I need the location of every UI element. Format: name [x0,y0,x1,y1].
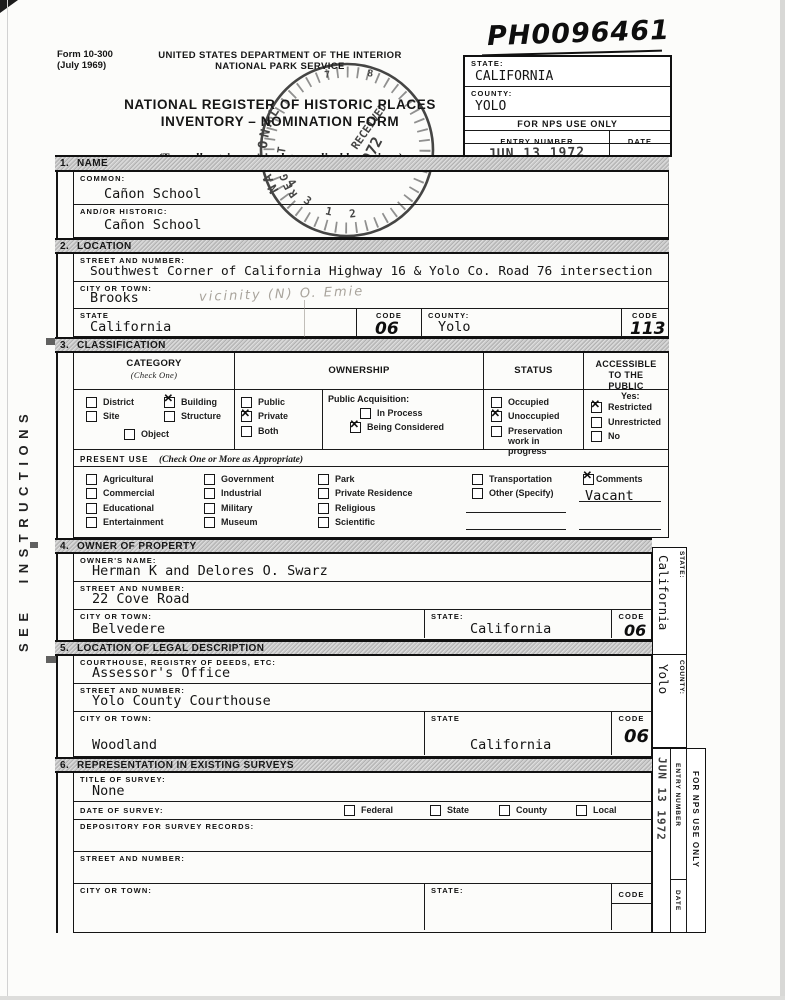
yes-label: Yes: [621,391,668,401]
checkbox-label: Private Residence [335,488,413,498]
checkbox-label: State [447,805,469,815]
county-cell: COUNTY: Yolo [421,309,621,337]
legal-city-label: CITY OR TOWN: [80,714,152,723]
checkbox-park: Park [318,474,413,485]
state-value: California [90,319,171,335]
nps-use-box: STATE: CALIFORNIA COUNTY: YOLO FOR NPS U… [463,55,672,157]
nps-county-value: YOLO [475,99,506,114]
checkbox-icon [360,408,371,419]
county-code-value: 113 [630,319,666,339]
margin-labels-col: ENTRY NUMBER DATE [671,749,687,932]
legal-code-cell: CODE 06 [611,712,651,755]
blank-line [466,529,566,530]
courthouse-row: COURTHOUSE, REGISTRY OF DEEDS, ETC: Asse… [74,656,651,684]
margin-entry-label: ENTRY NUMBER [674,763,681,827]
checkbox-both: Both [241,426,322,437]
checkbox-military: Military [204,503,274,514]
owner-code-cell: CODE 06 [611,610,651,638]
classification-table-body: District Site Building Structure Object … [74,390,668,450]
checkbox-county-survey: County [499,805,547,816]
checkbox-religious: Religious [318,503,413,514]
checkbox-icon [491,411,502,422]
nps-entry-date-labels: ENTRY NUMBER DATE [465,131,670,144]
nps-state-row: STATE: CALIFORNIA [465,57,670,87]
ownership-title: OWNERSHIP [328,365,389,376]
checkbox-icon [318,503,329,514]
binder-mark [30,542,38,548]
checkbox-icon [576,805,587,816]
checkbox-being-considered: Being Considered [350,422,483,433]
checkbox-label: Industrial [221,488,262,498]
legal-state-label: STATE [431,714,460,723]
section-5-title: LOCATION OF LEGAL DESCRIPTION [77,643,264,654]
checkbox-structure: Structure [164,411,221,422]
public-acquisition-label: Public Acquisition: [328,394,483,404]
checkbox-label: Site [103,411,120,421]
depository-label: DEPOSITORY FOR SURVEY RECORDS: [80,822,254,831]
blank-line [579,529,661,530]
checkbox-label: Building [181,397,217,407]
survey-title-value: None [92,783,125,799]
checkbox-government: Government [204,474,274,485]
checkbox-label: Religious [335,503,376,513]
checkbox-icon [86,517,97,528]
scan-edge-right [780,0,785,1000]
category-body-cell: District Site Building Structure Object [74,390,234,449]
section-2-title: LOCATION [77,241,132,252]
survey-city-row: CITY OR TOWN: STATE: CODE [74,884,651,930]
section-4-title: OWNER OF PROPERTY [77,541,197,552]
checkbox-entertainment: Entertainment [86,517,164,528]
margin-county-strip: COUNTY: Yolo [652,655,687,748]
section-3-header: 3. CLASSIFICATION [55,337,669,353]
scan-edge-bottom [0,996,785,1000]
checkbox-icon [472,488,483,499]
owner-city-value: Belvedere [92,621,165,637]
checkbox-label: Government [221,474,274,484]
checkbox-other: Other (Specify) [472,488,554,499]
blank-line [579,501,661,502]
county-code-cell: CODE 113 [621,309,668,337]
survey-street-row: STREET AND NUMBER: [74,852,651,884]
margin-state-label: STATE: [678,551,685,578]
section-5-box: COURTHOUSE, REGISTRY OF DEEDS, ETC: Asse… [73,656,652,757]
owner-code-value: 06 [624,621,646,640]
checkbox-label: Object [141,429,169,439]
checkbox-unrestricted: Unrestricted [591,417,668,428]
owner-street-value: 22 Cove Road [92,591,190,607]
checkbox-icon [430,805,441,816]
survey-street-label: STREET AND NUMBER: [80,854,185,863]
checkbox-icon [164,411,175,422]
status-body-cell: Occupied Unoccupied Preservation work in… [483,390,583,449]
legal-city-cell: CITY OR TOWN: Woodland [74,712,424,755]
section-6-box: TITLE OF SURVEY: None DATE OF SURVEY: Fe… [73,773,652,933]
checkbox-label: Federal [361,805,393,815]
checkbox-label: Unrestricted [608,417,661,427]
accessible-header-cell: ACCESSIBLE TO THE PUBLIC [583,353,668,389]
state-cell: STATE California [74,309,356,337]
checkbox-icon [86,397,97,408]
survey-title-row: TITLE OF SURVEY: None [74,773,651,802]
checkbox-label: Park [335,474,355,484]
section-5-number: 5. [60,643,77,654]
checkbox-label: Agricultural [103,474,154,484]
checkbox-label: No [608,431,620,441]
checkbox-icon [86,411,97,422]
checkbox-icon [499,805,510,816]
section-2-number: 2. [60,241,77,252]
owner-city-cell: CITY OR TOWN: Belvedere [74,610,424,638]
city-pencil-note: vicinity (N) O. Emie [199,284,365,305]
checkbox-icon [124,429,135,440]
checkbox-public: Public [241,397,322,408]
checkbox-icon [591,431,602,442]
margin-nps-box: JUN 13 1972 ENTRY NUMBER DATE FOR NPS US… [652,748,706,933]
owner-name-value: Herman K and Delores O. Swarz [92,563,328,579]
legal-state-cell: STATE California [424,712,611,755]
section-4-number: 4. [60,541,77,552]
checkbox-icon [241,411,252,422]
section-2-box: STREET AND NUMBER: Southwest Corner of C… [73,254,669,337]
checkbox-icon [350,422,361,433]
checkbox-icon [241,397,252,408]
checkbox-restricted: Restricted [591,402,668,413]
survey-code-cell: CODE [611,884,651,930]
section-6-number: 6. [60,760,77,771]
legal-code-label: CODE [618,714,644,723]
legal-street-value: Yolo County Courthouse [92,693,271,709]
checkbox-district: District [86,397,148,408]
owner-code-label: CODE [618,612,644,621]
margin-entry-value: JUN 13 1972 [654,757,668,841]
checkbox-scientific: Scientific [318,517,413,528]
checkbox-label: Scientific [335,517,375,527]
state-code-value: 06 [375,319,399,339]
owner-city-label: CITY OR TOWN: [80,612,152,621]
checkbox-no: No [591,431,668,442]
checkbox-label: Other (Specify) [489,488,554,498]
section-4-box: OWNER'S NAME: Herman K and Delores O. Sw… [73,554,652,640]
section-2-header: 2. LOCATION [55,238,669,254]
checkbox-occupied: Occupied [491,397,583,408]
status-title: STATUS [514,365,552,376]
section-4-header: 4. OWNER OF PROPERTY [55,538,652,554]
present-use-label: PRESENT USE [80,455,149,464]
checkbox-icon [204,503,215,514]
owner-state-label: STATE: [431,612,464,621]
common-name-value: Cañon School [104,186,202,202]
checkbox-icon [591,417,602,428]
checkbox-private-residence: Private Residence [318,488,413,499]
checkbox-icon [204,474,215,485]
checkbox-state-survey: State [430,805,469,816]
checkbox-icon [241,426,252,437]
checkbox-label: Private [258,411,288,421]
owner-state-value: California [470,621,551,637]
section-6-header: 6. REPRESENTATION IN EXISTING SURVEYS [55,757,652,773]
section-3-box: CATEGORY (Check One) OWNERSHIP STATUS AC… [73,353,669,538]
margin-county-label: COUNTY: [678,660,685,695]
margin-county-value: Yolo [656,664,671,694]
checkbox-label: Military [221,503,253,513]
street-row: STREET AND NUMBER: Southwest Corner of C… [74,254,668,282]
checkbox-icon [86,474,97,485]
owner-state-cell: STATE: California [424,610,611,638]
county-value: Yolo [438,319,471,335]
survey-code-label: CODE [618,890,644,899]
checkbox-museum: Museum [204,517,274,528]
checkbox-icon [204,488,215,499]
ownership-header-cell: OWNERSHIP [234,353,483,389]
checkbox-icon [86,503,97,514]
nps-state-value: CALIFORNIA [475,69,553,84]
checkbox-label: Local [593,805,617,815]
margin-state-strip: STATE: California [652,547,687,655]
date-label-cell: DATE [609,131,670,143]
margin-nps-only-label: FOR NPS USE ONLY [691,771,700,868]
stamp-rim-digit: 7 [324,69,331,81]
checkbox-in-process: In Process [360,408,483,419]
checkbox-private: Private [241,411,322,422]
nps-county-label: COUNTY: [471,89,512,98]
state-county-row: STATE California CODE 06 COUNTY: Yolo CO… [74,309,668,337]
checkbox-label: Entertainment [103,517,164,527]
section-5-header: 5. LOCATION OF LEGAL DESCRIPTION [55,640,652,656]
legal-state-value: California [470,737,551,753]
owner-name-row: OWNER'S NAME: Herman K and Delores O. Sw… [74,554,651,582]
checkbox-icon [591,402,602,413]
checkbox-label: Public [258,397,285,407]
checkbox-icon [86,488,97,499]
checkbox-icon [318,517,329,528]
section-1-box: COMMON: Cañon School AND/OR HISTORIC: Ca… [73,172,669,238]
legal-code-value: 06 [624,726,649,747]
checkbox-icon [318,474,329,485]
nps-only-banner: FOR NPS USE ONLY [465,117,670,131]
common-name-row: COMMON: Cañon School [74,172,668,205]
stamp-rim-digit: 8 [367,68,374,80]
section-3-number: 3. [60,340,77,351]
city-value: Brooks [90,290,139,306]
present-use-sublabel: (Check One or More as Appropriate) [159,455,303,465]
checkbox-industrial: Industrial [204,488,274,499]
courthouse-value: Assessor's Office [92,665,230,681]
state-code-cell: CODE 06 [356,309,421,337]
legal-city-row: CITY OR TOWN: Woodland STATE California … [74,712,651,755]
accessible-body-cell: Yes: Restricted Unrestricted No [583,390,668,449]
checkbox-federal: Federal [344,805,393,816]
section-1-header: 1. NAME [55,155,669,172]
nps-county-row: COUNTY: YOLO [465,87,670,117]
checkbox-icon [318,488,329,499]
checkbox-local-survey: Local [576,805,617,816]
checkbox-label: District [103,397,134,407]
margin-nps-only-col: FOR NPS USE ONLY [687,749,705,932]
checkbox-agricultural: Agricultural [86,474,164,485]
survey-city-cell: CITY OR TOWN: [74,884,424,930]
survey-date-row: DATE OF SURVEY: Federal State County Loc… [74,802,651,820]
checkbox-icon [164,397,175,408]
street-value: Southwest Corner of California Highway 1… [90,264,652,279]
checkbox-transportation: Transportation [472,474,554,485]
checkbox-label: Both [258,426,279,436]
nps-state-label: STATE: [471,59,504,68]
checkbox-label: Commercial [103,488,155,498]
survey-state-label: STATE: [431,886,464,895]
historic-name-value: Cañon School [104,217,202,233]
blank-line [466,512,566,513]
checkbox-label: Being Considered [367,422,444,432]
binder-mark [46,656,56,663]
section-6-title: REPRESENTATION IN EXISTING SURVEYS [77,760,294,771]
margin-state-value: California [656,555,671,630]
section-3-title: CLASSIFICATION [77,340,166,351]
legal-city-value: Woodland [92,737,157,753]
section-1-title: NAME [77,158,108,169]
legal-street-row: STREET AND NUMBER: Yolo County Courthous… [74,684,651,712]
status-header-cell: STATUS [483,353,583,389]
classification-table-header: CATEGORY (Check One) OWNERSHIP STATUS AC… [74,353,668,390]
checkbox-label: Unoccupied [508,411,560,421]
present-use-header: PRESENT USE (Check One or More as Approp… [74,450,668,467]
checkbox-icon [491,397,502,408]
scan-corner-artifact [0,0,18,13]
scanned-form-page: Form 10-300 (July 1969) UNITED STATES DE… [0,0,785,1000]
margin-entry-value-col: JUN 13 1972 [653,749,671,932]
category-title: CATEGORY [74,358,234,369]
owner-city-row: CITY OR TOWN: Belvedere STATE: Californi… [74,610,651,638]
present-use-body: Agricultural Commercial Educational Ente… [74,467,668,536]
handwritten-id: PH0096461 [487,15,671,52]
checkbox-site: Site [86,411,148,422]
entry-number-label-cell: ENTRY NUMBER [465,131,609,143]
checkbox-label: Educational [103,503,154,513]
ownership-body-cell: Public Private Both Public Acquisition: … [234,390,483,449]
owner-street-row: STREET AND NUMBER: 22 Cove Road [74,582,651,610]
historic-name-row: AND/OR HISTORIC: Cañon School [74,205,668,235]
common-name-label: COMMON: [80,174,125,183]
depository-row: DEPOSITORY FOR SURVEY RECORDS: [74,820,651,852]
category-subtitle: (Check One) [74,370,234,380]
checkbox-label: Restricted [608,402,652,412]
checkbox-icon [344,805,355,816]
checkbox-label: Structure [181,411,221,421]
checkbox-object: Object [124,429,234,440]
checkbox-icon [491,426,502,437]
accessible-title: ACCESSIBLE TO THE PUBLIC [590,359,662,392]
scan-edge-left [7,0,8,1000]
section-1-number: 1. [60,158,77,169]
checkbox-icon [472,474,483,485]
survey-city-label: CITY OR TOWN: [80,886,152,895]
historic-name-label: AND/OR HISTORIC: [80,207,167,216]
category-header-cell: CATEGORY (Check One) [74,353,234,389]
checkbox-building: Building [164,397,221,408]
checkbox-icon [204,517,215,528]
checkbox-unoccupied: Unoccupied [491,411,583,422]
checkbox-label: Transportation [489,474,552,484]
see-instructions-label: SEE INSTRUCTIONS [16,352,31,652]
survey-state-cell: STATE: [424,884,611,930]
checkbox-educational: Educational [86,503,164,514]
margin-date-label: DATE [674,890,681,911]
survey-date-label: DATE OF SURVEY: [80,806,164,815]
checkbox-comments: Comments [583,474,643,485]
checkbox-label: In Process [377,408,423,418]
checkbox-icon [583,474,594,485]
city-row: CITY OR TOWN: Brooks vicinity (N) O. Emi… [74,282,668,309]
checkbox-commercial: Commercial [86,488,164,499]
checkbox-label: County [516,805,547,815]
checkbox-label: Occupied [508,397,549,407]
checkbox-label: Comments [596,474,643,484]
checkbox-label: Museum [221,517,258,527]
